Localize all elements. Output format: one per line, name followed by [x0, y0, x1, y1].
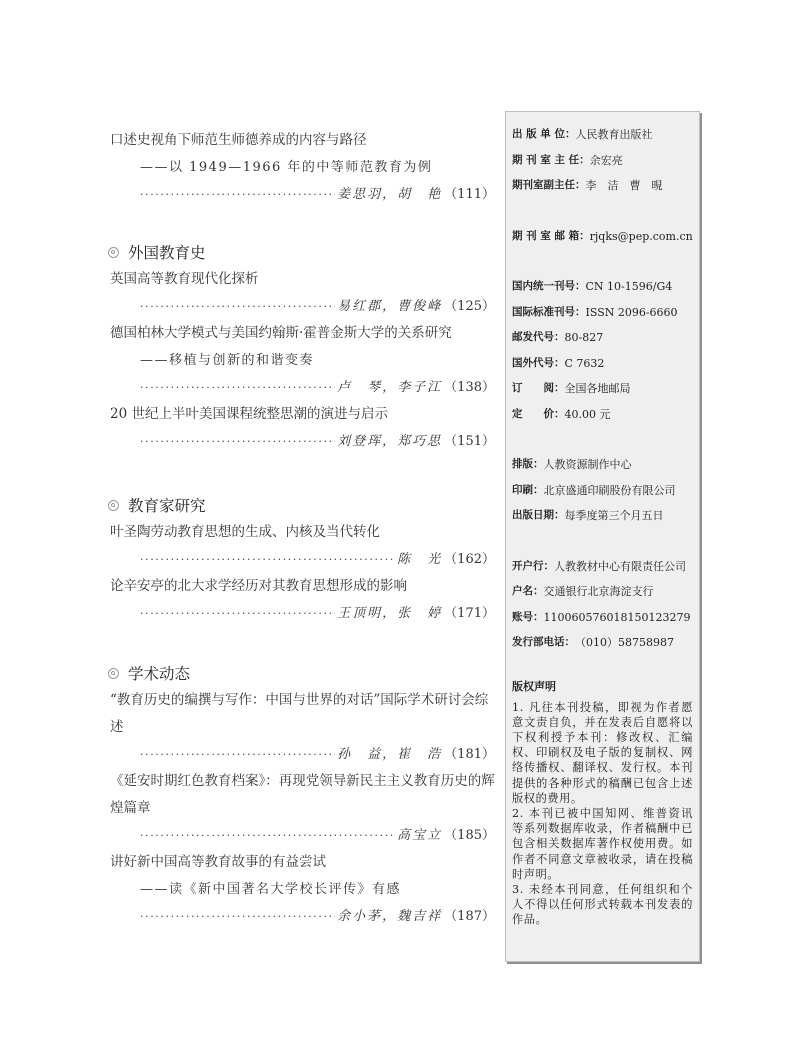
printing-label: 印刷：: [512, 478, 544, 504]
dot-leader: [140, 822, 395, 849]
entry-authors: 陈 光: [397, 546, 442, 573]
cn-number-label: 国内统一刊号：: [512, 274, 586, 300]
entry-subtitle: ——移植与创新的和谐变奏: [110, 347, 495, 374]
deputy-director-row: 期刊室副主任： 李 洁 曹 晛: [512, 173, 693, 199]
postal-code-label: 邮发代号：: [512, 325, 565, 351]
pub-date-row: 出版日期： 每季度第三个月五日: [512, 503, 693, 529]
entry-authors: 余小茅，魏吉祥: [337, 903, 442, 930]
entry-authors: 刘登珲，郑巧思: [337, 428, 442, 455]
account-name-row: 户名： 交通银行北京海淀支行: [512, 579, 693, 605]
double-circle-bullet-icon: [108, 247, 119, 258]
typesetting-row: 排版： 人教资源制作中心: [512, 452, 693, 478]
dot-leader: [140, 374, 335, 401]
email-value[interactable]: rjqks@pep.com.cn: [590, 224, 693, 250]
typesetting-label: 排版：: [512, 452, 544, 478]
dot-leader: [140, 903, 335, 930]
entry-page: （138）: [444, 374, 495, 401]
entry-title: 英国高等教育现代化探析: [110, 266, 495, 293]
cn-number-row: 国内统一刊号： CN 10-1596/G4: [512, 274, 693, 300]
bank-label: 开户行：: [512, 554, 554, 580]
entry-title: 《延安时期红色教育档案》：再现党领导新民主主义教育历史的辉煌篇章: [110, 768, 495, 822]
toc-section-continued: 口述史视角下师范生师德养成的内容与路径 ——以 1949—1966 年的中等师范…: [110, 127, 495, 208]
postal-code-value: 80-827: [565, 325, 604, 351]
section-heading: 教育家研究: [108, 491, 495, 519]
subscription-label: 订 阅：: [512, 376, 565, 402]
account-name-label: 户名：: [512, 579, 544, 605]
subscription-value: 全国各地邮局: [565, 376, 631, 402]
typesetting-value: 人教资源制作中心: [544, 452, 632, 478]
entry-page: （187）: [444, 903, 495, 930]
spacer: [512, 529, 693, 554]
publisher-row: 出 版 单 位： 人民教育出版社: [512, 122, 693, 148]
subscription-row: 订 阅： 全国各地邮局: [512, 376, 693, 402]
director-label: 期 刊 室 主 任：: [512, 148, 590, 174]
section-heading-label: 学术动态: [128, 662, 190, 684]
account-name-value: 交通银行北京海淀支行: [544, 579, 654, 605]
entry-author-line: 余小茅，魏吉祥 （187）: [110, 903, 495, 930]
entry-title: 口述史视角下师范生师德养成的内容与路径: [110, 127, 495, 154]
bank-value: 人教教材中心有限责任公司: [554, 554, 686, 580]
foreign-code-row: 国外代号： C 7632: [512, 351, 693, 377]
entry-title: 叶圣陶劳动教育思想的生成、内核及当代转化: [110, 519, 495, 546]
deputy-director-value: 李 洁 曹 晛: [586, 173, 663, 199]
entry-page: （171）: [444, 600, 495, 627]
entry-subtitle: ——读《新中国著名大学校长评传》有感: [110, 876, 495, 903]
dot-leader: [140, 741, 335, 768]
entry-title: 讲好新中国高等教育故事的有益尝试: [110, 849, 495, 876]
foreign-code-label: 国外代号：: [512, 351, 565, 377]
pub-date-value: 每季度第三个月五日: [565, 503, 664, 529]
spacer: [512, 249, 693, 274]
director-row: 期 刊 室 主 任： 余宏亮: [512, 148, 693, 174]
section-heading-label: 教育家研究: [128, 494, 206, 516]
issn-value: ISSN 2096-6660: [586, 300, 678, 326]
double-circle-bullet-icon: [108, 668, 119, 679]
section-heading: 学术动态: [108, 659, 495, 687]
account-no-label: 账号：: [512, 605, 544, 631]
entry-author-line: 卢 琴，李子江 （138）: [110, 374, 495, 401]
entry-author-line: 孙 益，崔 浩 （181）: [110, 741, 495, 768]
issn-label: 国际标准刊号：: [512, 300, 586, 326]
entry-authors: 王顶明，张 婷: [337, 600, 442, 627]
double-circle-bullet-icon: [108, 500, 119, 511]
email-label: 期 刊 室 邮 箱：: [512, 224, 590, 250]
copyright-clause-1: 1. 凡往本刊投稿，即视为作者愿意文责自负，并在发表后自愿将以下权利授予本刊：修…: [512, 700, 693, 806]
entry-author-line: 高宝立 （185）: [110, 822, 495, 849]
toc-entry[interactable]: 德国柏林大学模式与美国约翰斯·霍普金斯大学的关系研究 ——移植与创新的和谐变奏 …: [110, 320, 495, 401]
printing-row: 印刷： 北京盛通印刷股份有限公司: [512, 478, 693, 504]
dot-leader: [140, 181, 335, 208]
entry-authors: 孙 益，崔 浩: [337, 741, 442, 768]
entry-title: 德国柏林大学模式与美国约翰斯·霍普金斯大学的关系研究: [110, 320, 495, 347]
dot-leader: [140, 546, 395, 573]
issn-row: 国际标准刊号： ISSN 2096-6660: [512, 300, 693, 326]
entry-page: （162）: [444, 546, 495, 573]
toc-entry[interactable]: 《延安时期红色教育档案》：再现党领导新民主主义教育历史的辉煌篇章 高宝立 （18…: [110, 768, 495, 849]
price-row: 定 价： 40.00 元: [512, 402, 693, 428]
publisher-label: 出 版 单 位：: [512, 122, 575, 148]
foreign-code-value: C 7632: [565, 351, 605, 377]
entry-author-line: 易红郡，曹俊峰 （125）: [110, 293, 495, 320]
toc-entry[interactable]: 叶圣陶劳动教育思想的生成、内核及当代转化 陈 光 （162）: [110, 519, 495, 573]
masthead-sidebar: 出 版 单 位： 人民教育出版社 期 刊 室 主 任： 余宏亮 期刊室副主任： …: [505, 111, 700, 962]
bank-row: 开户行： 人教教材中心有限责任公司: [512, 554, 693, 580]
copyright-clause-3: 3. 未经本刊同意，任何组织和个人不得以任何形式转载本刊发表的作品。: [512, 882, 693, 928]
phone-value: （010）58758987: [575, 630, 674, 656]
price-value: 40.00 元: [565, 402, 611, 428]
entry-page: （111）: [444, 181, 495, 208]
pub-date-label: 出版日期：: [512, 503, 565, 529]
price-label: 定 价：: [512, 402, 565, 428]
entry-title: “教育历史的编撰与写作：中国与世界的对话”国际学术研讨会综述: [110, 687, 495, 741]
section-heading-label: 外国教育史: [128, 241, 206, 263]
publisher-value: 人民教育出版社: [575, 122, 652, 148]
entry-title: 论辛安亭的北大求学经历对其教育思想形成的影响: [110, 573, 495, 600]
cn-number-value: CN 10-1596/G4: [586, 274, 673, 300]
entry-page: （185）: [444, 822, 495, 849]
deputy-director-label: 期刊室副主任：: [512, 173, 586, 199]
section-heading: 外国教育史: [108, 238, 495, 266]
account-no-row: 账号： 110060576018150123279: [512, 605, 693, 631]
account-no-value: 110060576018150123279: [544, 605, 691, 631]
entry-authors: 高宝立: [397, 822, 442, 849]
entry-authors: 易红郡，曹俊峰: [337, 293, 442, 320]
entry-author-line: 姜思羽，胡 艳 （111）: [110, 181, 495, 208]
entry-authors: 姜思羽，胡 艳: [337, 181, 442, 208]
entry-author-line: 陈 光 （162）: [110, 546, 495, 573]
entry-page: （151）: [444, 428, 495, 455]
spacer: [512, 199, 693, 224]
toc-entry[interactable]: 口述史视角下师范生师德养成的内容与路径 ——以 1949—1966 年的中等师范…: [110, 127, 495, 208]
copyright-heading: 版权声明: [512, 678, 693, 696]
director-value: 余宏亮: [590, 148, 623, 174]
toc-section-educator-research: 教育家研究 叶圣陶劳动教育思想的生成、内核及当代转化 陈 光 （162） 论辛安…: [110, 491, 495, 627]
dot-leader: [140, 600, 335, 627]
entry-page: （125）: [444, 293, 495, 320]
toc-entry[interactable]: 英国高等教育现代化探析 易红郡，曹俊峰 （125）: [110, 266, 495, 320]
phone-label: 发行部电话：: [512, 630, 575, 656]
toc-entry[interactable]: 讲好新中国高等教育故事的有益尝试 ——读《新中国著名大学校长评传》有感 余小茅，…: [110, 849, 495, 930]
toc-entry[interactable]: 论辛安亭的北大求学经历对其教育思想形成的影响 王顶明，张 婷 （171）: [110, 573, 495, 627]
printing-value: 北京盛通印刷股份有限公司: [544, 478, 676, 504]
spacer: [512, 427, 693, 452]
toc-entry[interactable]: 20 世纪上半叶美国课程统整思潮的演进与启示 刘登珲，郑巧思 （151）: [110, 401, 495, 455]
entry-authors: 卢 琴，李子江: [337, 374, 442, 401]
entry-subtitle: ——以 1949—1966 年的中等师范教育为例: [110, 154, 495, 181]
spacer: [512, 656, 693, 668]
toc-section-foreign-education-history: 外国教育史 英国高等教育现代化探析 易红郡，曹俊峰 （125） 德国柏林大学模式…: [110, 238, 495, 455]
toc-entry[interactable]: “教育历史的编撰与写作：中国与世界的对话”国际学术研讨会综述 孙 益，崔 浩 （…: [110, 687, 495, 768]
entry-author-line: 王顶明，张 婷 （171）: [110, 600, 495, 627]
entry-title: 20 世纪上半叶美国课程统整思潮的演进与启示: [110, 401, 495, 428]
entry-page: （181）: [444, 741, 495, 768]
email-row: 期 刊 室 邮 箱： rjqks@pep.com.cn: [512, 224, 693, 250]
phone-row: 发行部电话： （010）58758987: [512, 630, 693, 656]
postal-code-row: 邮发代号： 80-827: [512, 325, 693, 351]
dot-leader: [140, 428, 335, 455]
entry-author-line: 刘登珲，郑巧思 （151）: [110, 428, 495, 455]
dot-leader: [140, 293, 335, 320]
copyright-clause-2: 2. 本刊已被中国知网、维普资讯等系列数据库收录，作者稿酬中已包含相关数据库著作…: [512, 806, 693, 882]
toc-section-academic-news: 学术动态 “教育历史的编撰与写作：中国与世界的对话”国际学术研讨会综述 孙 益，…: [110, 659, 495, 930]
